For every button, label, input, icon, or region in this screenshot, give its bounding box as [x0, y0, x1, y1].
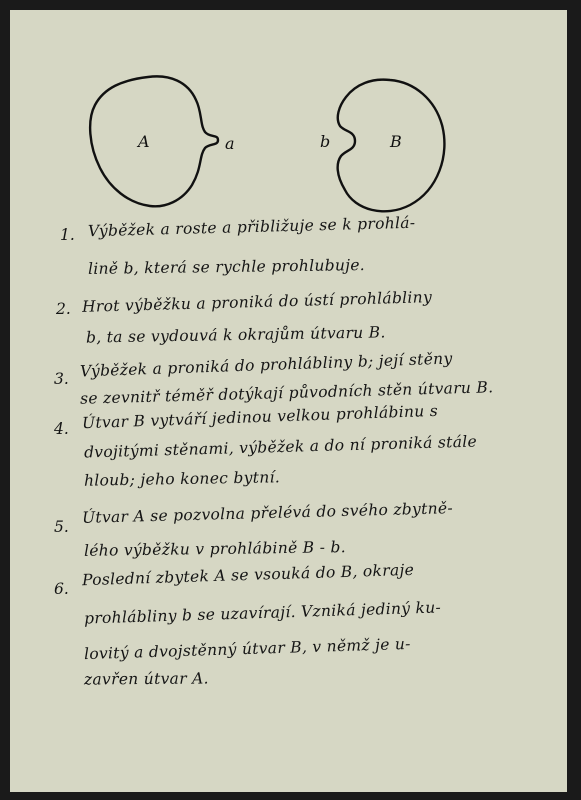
- shapes-diagram: A a B b: [10, 10, 567, 220]
- item-number: 1.: [60, 226, 75, 244]
- item-line: Útvar A se pozvolna přelévá do svého zby…: [82, 499, 453, 527]
- item-line: Útvar B vytváří jedinou velkou prohlábin…: [82, 402, 438, 432]
- item-line: lině b, která se rychle prohlubuje.: [88, 256, 365, 278]
- item-number: 2.: [56, 300, 71, 318]
- item-line: b, ta se vydouvá k okrajům útvaru B.: [86, 323, 386, 346]
- shape-a-outline: [90, 76, 218, 206]
- item-number: 6.: [54, 580, 69, 598]
- item-line: hloub; jeho konec bytní.: [84, 468, 280, 489]
- shape-b-label: B: [389, 132, 402, 151]
- item-number: 3.: [54, 370, 69, 388]
- item-line: zavřen útvar A.: [84, 669, 209, 688]
- indentation-b-label: b: [320, 132, 330, 151]
- item-line: lého výběžku v prohlábině B - b.: [84, 538, 346, 560]
- item-number: 4.: [54, 420, 69, 438]
- protrusion-a-label: a: [225, 134, 235, 153]
- shape-a-label: A: [136, 132, 150, 151]
- diagram: A a B b: [10, 10, 567, 220]
- item-line: prohlábliny b se uzavírají. Vzniká jedin…: [84, 598, 442, 627]
- item-number: 5.: [54, 518, 69, 536]
- item-line: Výběžek a proniká do prohlábliny b; její…: [80, 350, 453, 381]
- item-line: dvojitými stěnami, výběžek a do ní proni…: [84, 433, 477, 462]
- item-line: lovitý a dvojstěnný útvar B, v němž je u…: [84, 635, 411, 663]
- item-line: Poslední zbytek A se vsouká do B, okraje: [82, 561, 415, 589]
- paper-sheet: A a B b 1. Výběžek a roste a přibližuje …: [10, 10, 567, 792]
- item-line: Hrot výběžku a proniká do ústí prohlábli…: [82, 288, 432, 316]
